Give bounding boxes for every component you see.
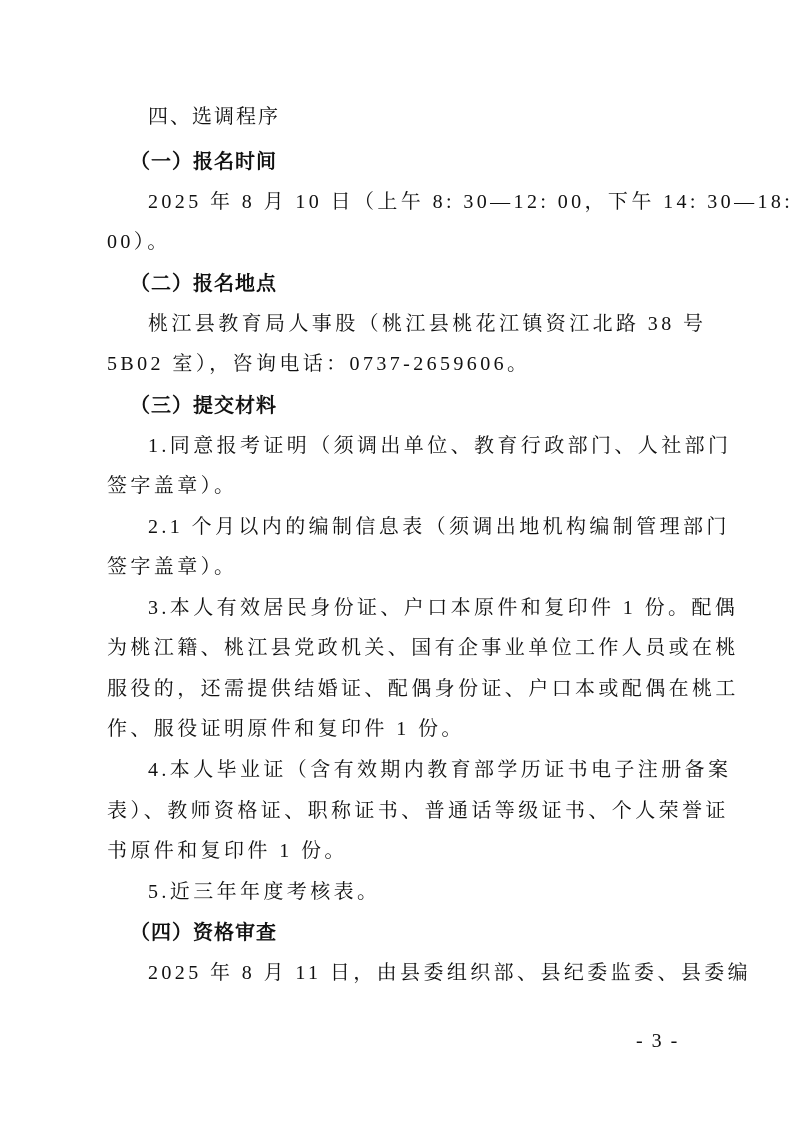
subsection-heading-registration-location: （二）报名地点 [130, 271, 705, 295]
material-item-1-line: 1.同意报考证明（须调出单位、教育行政部门、人社部门 [148, 434, 682, 458]
material-item-2-line: 签字盖章）。 [107, 555, 682, 579]
material-item-4-line: 4.本人毕业证（含有效期内教育部学历证书电子注册备案 [148, 758, 682, 782]
document-page: 四、选调程序 （一）报名时间 2025 年 8 月 10 日（上午 8: 30—… [0, 0, 793, 1122]
material-item-3-line: 服役的，还需提供结婚证、配偶身份证、户口本或配偶在桃工 [107, 677, 682, 701]
material-item-3-line: 作、服役证明原件和复印件 1 份。 [107, 717, 682, 741]
section-title: 四、选调程序 [148, 104, 682, 128]
material-item-4-line: 表）、教师资格证、职称证书、普通话等级证书、个人荣誉证 [107, 799, 682, 823]
material-item-4-line: 书原件和复印件 1 份。 [107, 839, 682, 863]
material-item-2-line: 2.1 个月以内的编制信息表（须调出地机构编制管理部门 [148, 515, 682, 539]
material-item-1-line: 签字盖章）。 [107, 474, 682, 498]
page-number: - 3 - [636, 1030, 679, 1053]
material-item-3-line: 3.本人有效居民身份证、户口本原件和复印件 1 份。配偶 [148, 596, 682, 620]
paragraph-line: 2025 年 8 月 11 日，由县委组织部、县纪委监委、县委编 [148, 961, 682, 985]
subsection-heading-qualification-review: （四）资格审查 [130, 920, 705, 944]
material-item-5-line: 5.近三年年度考核表。 [148, 880, 682, 904]
paragraph-line: 2025 年 8 月 10 日（上午 8: 30—12: 00，下午 14: 3… [148, 190, 682, 214]
paragraph-line: 00）。 [107, 230, 682, 254]
material-item-3-line: 为桃江籍、桃江县党政机关、国有企事业单位工作人员或在桃 [107, 636, 682, 660]
subsection-heading-registration-time: （一）报名时间 [130, 149, 705, 173]
paragraph-line: 桃江县教育局人事股（桃江县桃花江镇资江北路 38 号 [148, 312, 682, 336]
subsection-heading-materials: （三）提交材料 [130, 393, 705, 417]
paragraph-line: 5B02 室），咨询电话：0737-2659606。 [107, 352, 682, 376]
